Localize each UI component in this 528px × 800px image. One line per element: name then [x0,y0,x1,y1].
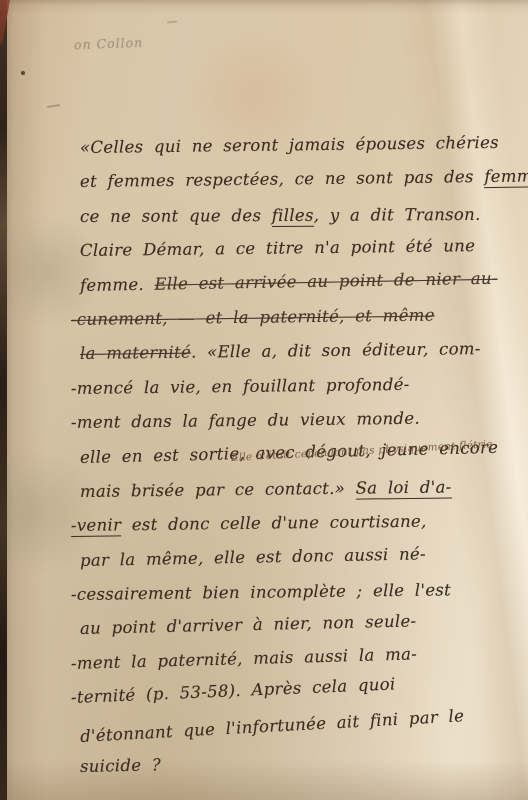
handwritten-text: -cessairement bien incomplète ; elle l'e… [71,580,451,604]
handwritten-text: «Celles qui ne seront jamais épouses ché… [80,133,499,157]
handwritten-text: -ternité (p. 53-58). Après cela quoi [71,675,396,708]
handwritten-text: par la même, elle est donc aussi né- [80,544,426,570]
manuscript-line: et femmes respectées, ce ne sont pas des… [80,160,504,200]
crossed-out-text: la maternité [80,343,191,363]
pencil-annotation: on Collon [74,35,144,52]
underlined-text: filles [272,206,314,227]
manuscript-line: mais brisée par ce contact.» Sa loi d'a- [80,470,504,510]
crossed-out-text: Elle est arrivée au point de nier au- [154,268,497,293]
handwritten-text: femme. [80,274,155,294]
manuscript-line: femme. Elle est arrivée au point de nier… [80,261,505,303]
handwritten-text: est donc celle d'une courtisane, [121,512,427,535]
handwritten-text: mais brisée par ce contact.» [80,479,356,501]
handwritten-text: . «Elle a, dit son éditeur, com- [191,339,481,362]
handwritten-text: et femmes respectées, ce ne sont pas des [80,167,485,191]
handwritten-text: -mencé la vie, en fouillant profondé- [71,375,410,398]
manuscript-line: -mencé la vie, en fouillant profondé- [71,366,504,406]
manuscript-line: la maternité. «Elle a, dit son éditeur, … [80,332,504,372]
handwritten-text: suicide ? [80,755,161,776]
handwritten-text: au point d'arriver à nier, non seule- [80,612,417,639]
handwritten-text: ce ne sont que des [80,206,272,226]
underlined-text: -venir [71,516,122,538]
handwritten-text: Claire Démar, a ce titre n'a point été u… [80,236,475,260]
manuscript-line: -cunement, — et la paternité, et même [71,298,504,338]
underlined-text: Sa loi d'a- [356,477,452,499]
underlined-text: femmes [484,167,528,189]
book-binding-edge [0,0,7,800]
manuscript-photo: on Collon «Celles qui ne seront jamais é… [0,0,528,800]
ink-speck [21,71,25,75]
manuscript-line: «Celles qui ne seront jamais épouses ché… [80,126,504,166]
handwritten-text: , y a dit Transon. [314,205,481,225]
handwritten-text: -ment dans la fange du vieux monde. [71,409,420,432]
manuscript-line: par la même, elle est donc aussi né- [80,536,505,579]
crossed-out-text: -cunement, — et la paternité, et même [71,306,435,329]
